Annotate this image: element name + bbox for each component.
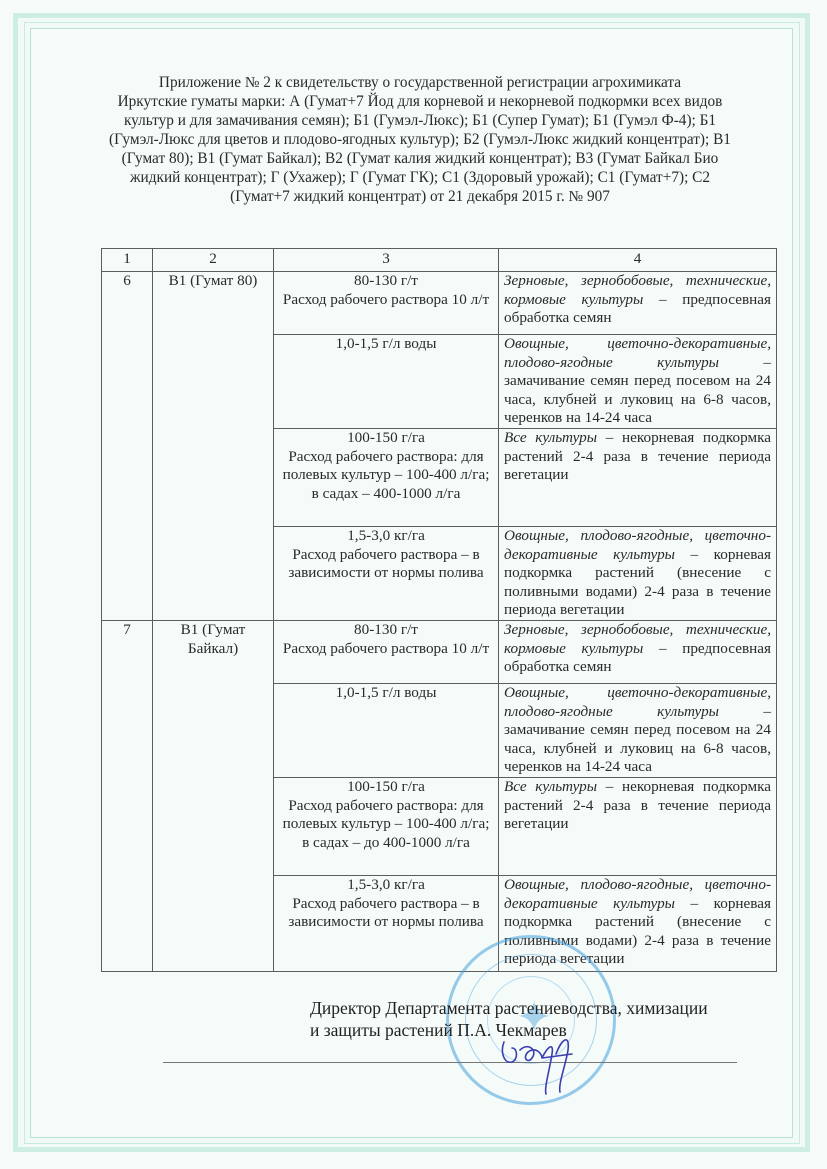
handwritten-signature-icon: [498, 1028, 588, 1098]
row-number: 7: [102, 620, 153, 971]
usage-description: Овощные, цветочно-декоративные, плодово-…: [499, 683, 777, 777]
application-rate: 80-130 г/т Расход рабочего раствора 10 л…: [274, 620, 499, 683]
usage-description: Все культуры – некорневая подкормка раст…: [499, 428, 777, 526]
column-header: 2: [153, 249, 274, 272]
application-rate: 1,5-3,0 кг/га Расход рабочего раствора –…: [274, 526, 499, 620]
table-row: 7В1 (Гумат Байкал)80-130 г/т Расход рабо…: [102, 620, 777, 683]
usage-description: Зерновые, зернобобовые, технические, кор…: [499, 620, 777, 683]
registration-table: 1 2 3 4 6В1 (Гумат 80)80-130 г/т Расход …: [101, 248, 777, 972]
header-title: Приложение № 2 к свидетельству о государ…: [100, 73, 740, 92]
column-header: 1: [102, 249, 153, 272]
crop-types: Все культуры: [504, 429, 597, 446]
usage-description: Зерновые, зернобобовые, технические, кор…: [499, 272, 777, 335]
signature-line: [163, 1062, 737, 1063]
column-header: 3: [274, 249, 499, 272]
usage-description: Овощные, плодово-ягодные, цветочно-декор…: [499, 526, 777, 620]
document-header: Приложение № 2 к свидетельству о государ…: [100, 73, 740, 206]
column-header: 4: [499, 249, 777, 272]
product-name: В1 (Гумат 80): [153, 272, 274, 621]
table-row: 6В1 (Гумат 80)80-130 г/т Расход рабочего…: [102, 272, 777, 335]
application-rate: 100-150 г/га Расход рабочего раствора: д…: [274, 777, 499, 875]
application-rate: 1,5-3,0 кг/га Расход рабочего раствора –…: [274, 875, 499, 971]
application-rate: 1,0-1,5 г/л воды: [274, 335, 499, 429]
crop-types: Все культуры: [504, 778, 597, 795]
header-body: Иркутские гуматы марки: А (Гумат+7 Йод д…: [109, 93, 731, 205]
usage-description: Овощные, цветочно-декоративные, плодово-…: [499, 335, 777, 429]
signer-title: Директор Департамента растениеводства, х…: [310, 997, 708, 1019]
row-number: 6: [102, 272, 153, 621]
application-rate: 80-130 г/т Расход рабочего раствора 10 л…: [274, 272, 499, 335]
usage-description: Все культуры – некорневая подкормка раст…: [499, 777, 777, 875]
application-rate: 1,0-1,5 г/л воды: [274, 683, 499, 777]
product-name: В1 (Гумат Байкал): [153, 620, 274, 971]
application-rate: 100-150 г/га Расход рабочего раствора: д…: [274, 428, 499, 526]
table-header-row: 1 2 3 4: [102, 249, 777, 272]
